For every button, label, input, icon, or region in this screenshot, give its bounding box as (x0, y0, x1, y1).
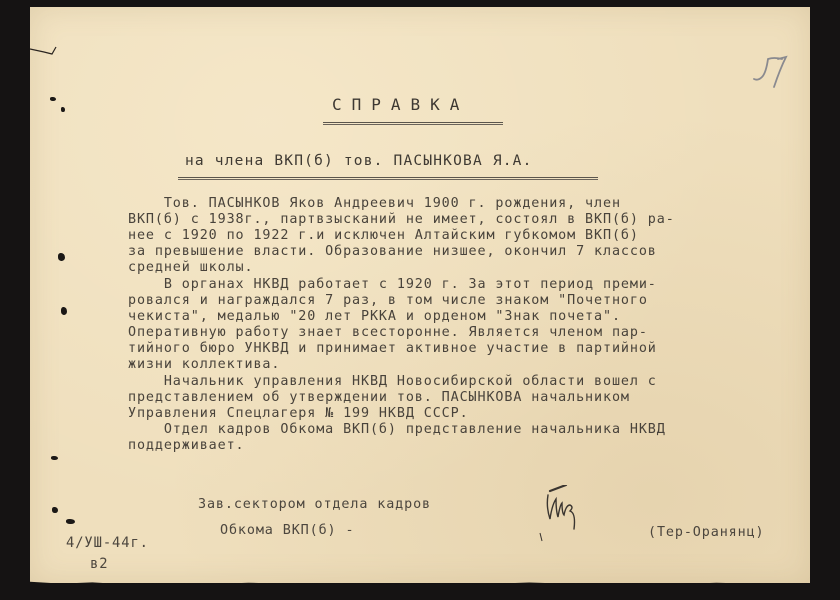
body-line: средней школы. (128, 260, 253, 275)
reference-copy-code: в2 (90, 556, 108, 572)
body-line: тийного бюро УНКВД и принимает активное … (128, 341, 657, 356)
torn-paper-edge (30, 577, 810, 589)
title-underline (323, 122, 503, 125)
body-line: Оперативную работу знает всесторонне. Яв… (128, 325, 648, 340)
signatory-position-line1: Зав.сектором отдела кадров (198, 497, 431, 512)
body-line: поддерживает. (128, 438, 245, 453)
handwritten-folio-number (748, 47, 788, 97)
body-line: нее с 1920 по 1922 г.и исключен Алтайски… (128, 228, 639, 243)
punch-hole-mark (61, 307, 67, 315)
punch-hole-mark (66, 519, 75, 524)
body-line: представлением об утверждении тов. ПАСЫН… (128, 390, 630, 405)
body-line: В органах НКВД работает с 1920 г. За это… (128, 277, 657, 292)
body-line: Тов. ПАСЫНКОВ Яков Андреевич 1900 г. рож… (128, 196, 621, 211)
body-line: Управления Спецлагеря № 199 НКВД СССР. (128, 406, 469, 421)
body-line: Отдел кадров Обкома ВКП(б) представление… (128, 422, 666, 437)
handwritten-signature (530, 485, 610, 545)
paper-crease-mark (30, 45, 70, 59)
punch-hole-mark (52, 507, 58, 513)
body-line: жизни коллектива. (128, 357, 280, 372)
body-line: ровался и награждался 7 раз, в том числе… (128, 293, 648, 308)
signatory-name: (Тер-Оранянц) (648, 525, 765, 540)
reference-date-code: 4/УШ-44г. (66, 535, 149, 551)
paper-sheet: 57 СПРАВКА на члена ВКП(б) тов. ПАСЫНКОВ… (30, 7, 810, 583)
body-line: ВКП(б) с 1938г., партвзысканий не имеет,… (128, 212, 675, 227)
document-subtitle: на члена ВКП(б) тов. ПАСЫНКОВА Я.А. (185, 153, 533, 169)
body-line: Начальник управления НКВД Новосибирской … (128, 374, 657, 389)
punch-hole-mark (58, 253, 65, 261)
subtitle-underline (178, 177, 598, 180)
scanned-document: 57 СПРАВКА на члена ВКП(б) тов. ПАСЫНКОВ… (0, 0, 840, 600)
signatory-position-line2: Обкома ВКП(б) - (220, 523, 354, 538)
punch-hole-mark (51, 456, 58, 460)
document-title: СПРАВКА (332, 95, 469, 114)
punch-hole-mark (61, 107, 65, 112)
body-line: чекиста", медалью "20 лет РККА и орденом… (128, 309, 621, 324)
body-line: за превышение власти. Образование низшее… (128, 244, 657, 259)
punch-hole-mark (50, 97, 56, 101)
